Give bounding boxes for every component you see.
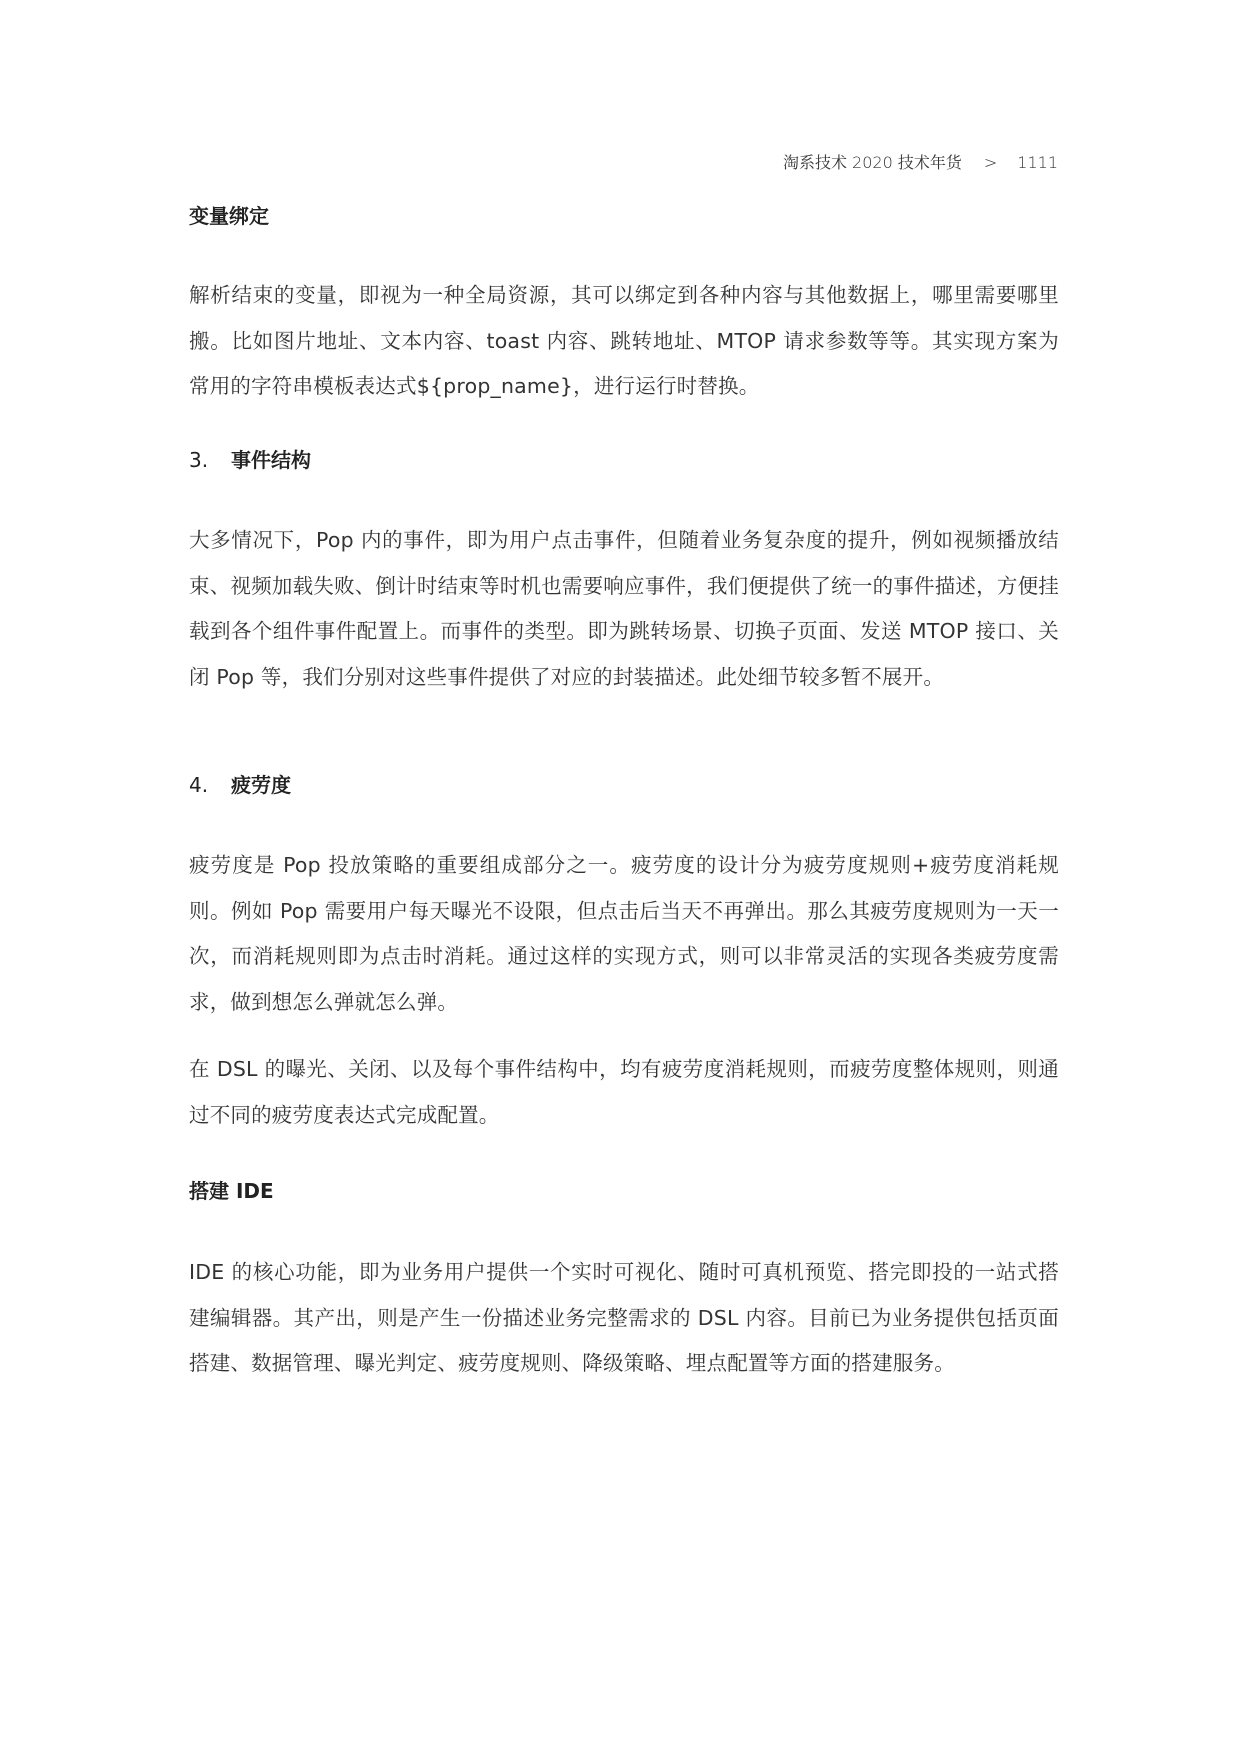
paragraph-fatigue-2: 在 DSL 的曝光、关闭、以及每个事件结构中，均有疲劳度消耗规则，而疲劳度整体规… — [189, 1047, 1059, 1138]
section-heading-build-ide: 搭建 IDE — [189, 1176, 274, 1206]
section-number: 3. — [189, 445, 231, 475]
page-number: 1111 — [1017, 153, 1058, 172]
heading-text: 事件结构 — [231, 448, 311, 472]
paragraph-build-ide: IDE 的核心功能，即为业务用户提供一个实时可视化、随时可真机预览、搭完即投的一… — [189, 1250, 1059, 1387]
heading-text: 搭建 IDE — [189, 1179, 274, 1203]
section-number: 4. — [189, 770, 231, 800]
heading-text: 变量绑定 — [189, 204, 269, 228]
heading-text: 疲劳度 — [231, 773, 291, 797]
header-separator: > — [984, 151, 997, 175]
section-heading-variable-binding: 变量绑定 — [189, 201, 269, 231]
section-heading-event-structure: 3.事件结构 — [189, 445, 311, 475]
paragraph-fatigue-1: 疲劳度是 Pop 投放策略的重要组成部分之一。疲劳度的设计分为疲劳度规则+疲劳度… — [189, 843, 1059, 1025]
paragraph-variable-binding: 解析结束的变量，即视为一种全局资源，其可以绑定到各种内容与其他数据上，哪里需要哪… — [189, 273, 1059, 410]
page-header: 淘系技术 2020 技术年货>1111 — [783, 151, 1058, 175]
book-title: 淘系技术 2020 技术年货 — [783, 153, 962, 172]
paragraph-event-structure: 大多情况下，Pop 内的事件，即为用户点击事件，但随着业务复杂度的提升，例如视频… — [189, 518, 1059, 700]
section-heading-fatigue: 4.疲劳度 — [189, 770, 291, 800]
